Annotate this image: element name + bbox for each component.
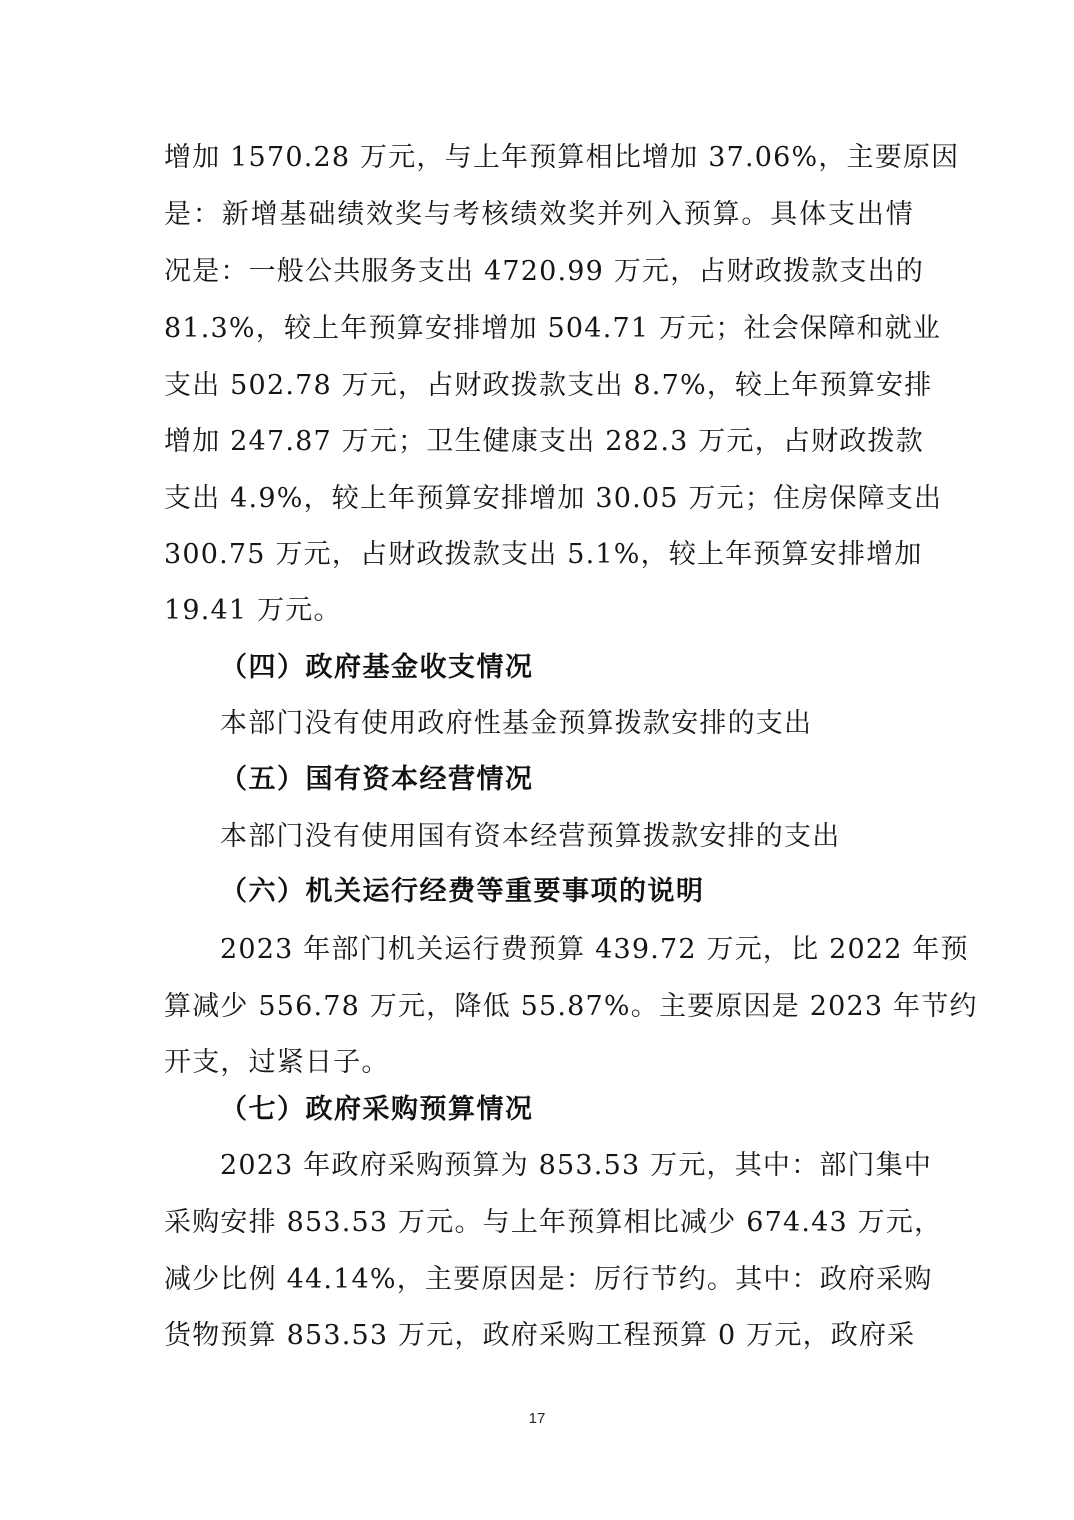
paragraph-line: 采购安排 853.53 万元。与上年预算相比减少 674.43 万元， <box>164 1205 914 1241</box>
paragraph-line: 减少比例 44.14%，主要原因是：厉行节约。其中：政府采购 <box>164 1262 914 1298</box>
paragraph-line: 增加 1570.28 万元，与上年预算相比增加 37.06%，主要原因 <box>164 140 914 176</box>
section-heading-procurement: （七）政府采购预算情况 <box>220 1092 534 1128</box>
paragraph-line: 2023 年部门机关运行费预算 439.72 万元，比 2022 年预 <box>220 932 914 968</box>
document-page: 增加 1570.28 万元，与上年预算相比增加 37.06%，主要原因 是：新增… <box>0 0 1074 1520</box>
page-number: 17 <box>0 1410 1074 1427</box>
paragraph-line: 19.41 万元。 <box>164 593 914 629</box>
section-heading-state-capital: （五）国有资本经营情况 <box>220 762 534 798</box>
paragraph-line: 81.3%，较上年预算安排增加 504.71 万元；社会保障和就业 <box>164 311 914 347</box>
paragraph-line: 货物预算 853.53 万元，政府采购工程预算 0 万元，政府采 <box>164 1318 914 1354</box>
paragraph-line: 是：新增基础绩效奖与考核绩效奖并列入预算。具体支出情 <box>164 197 914 233</box>
section-body-government-fund: 本部门没有使用政府性基金预算拨款安排的支出 <box>220 706 914 742</box>
paragraph-line: 2023 年政府采购预算为 853.53 万元，其中：部门集中 <box>220 1148 914 1184</box>
paragraph-line: 开支，过紧日子。 <box>164 1045 914 1081</box>
paragraph-line: 300.75 万元，占财政拨款支出 5.1%，较上年预算安排增加 <box>164 537 914 573</box>
paragraph-line: 增加 247.87 万元；卫生健康支出 282.3 万元，占财政拨款 <box>164 424 914 460</box>
paragraph-line: 算减少 556.78 万元，降低 55.87%。主要原因是 2023 年节约 <box>164 989 914 1025</box>
section-body-state-capital: 本部门没有使用国有资本经营预算拨款安排的支出 <box>220 819 914 855</box>
paragraph-line: 支出 502.78 万元，占财政拨款支出 8.7%，较上年预算安排 <box>164 368 914 404</box>
paragraph-line: 况是：一般公共服务支出 4720.99 万元，占财政拨款支出的 <box>164 254 914 290</box>
section-heading-operating-expenses: （六）机关运行经费等重要事项的说明 <box>220 874 705 910</box>
paragraph-line: 支出 4.9%，较上年预算安排增加 30.05 万元；住房保障支出 <box>164 481 914 517</box>
section-heading-government-fund: （四）政府基金收支情况 <box>220 650 534 686</box>
